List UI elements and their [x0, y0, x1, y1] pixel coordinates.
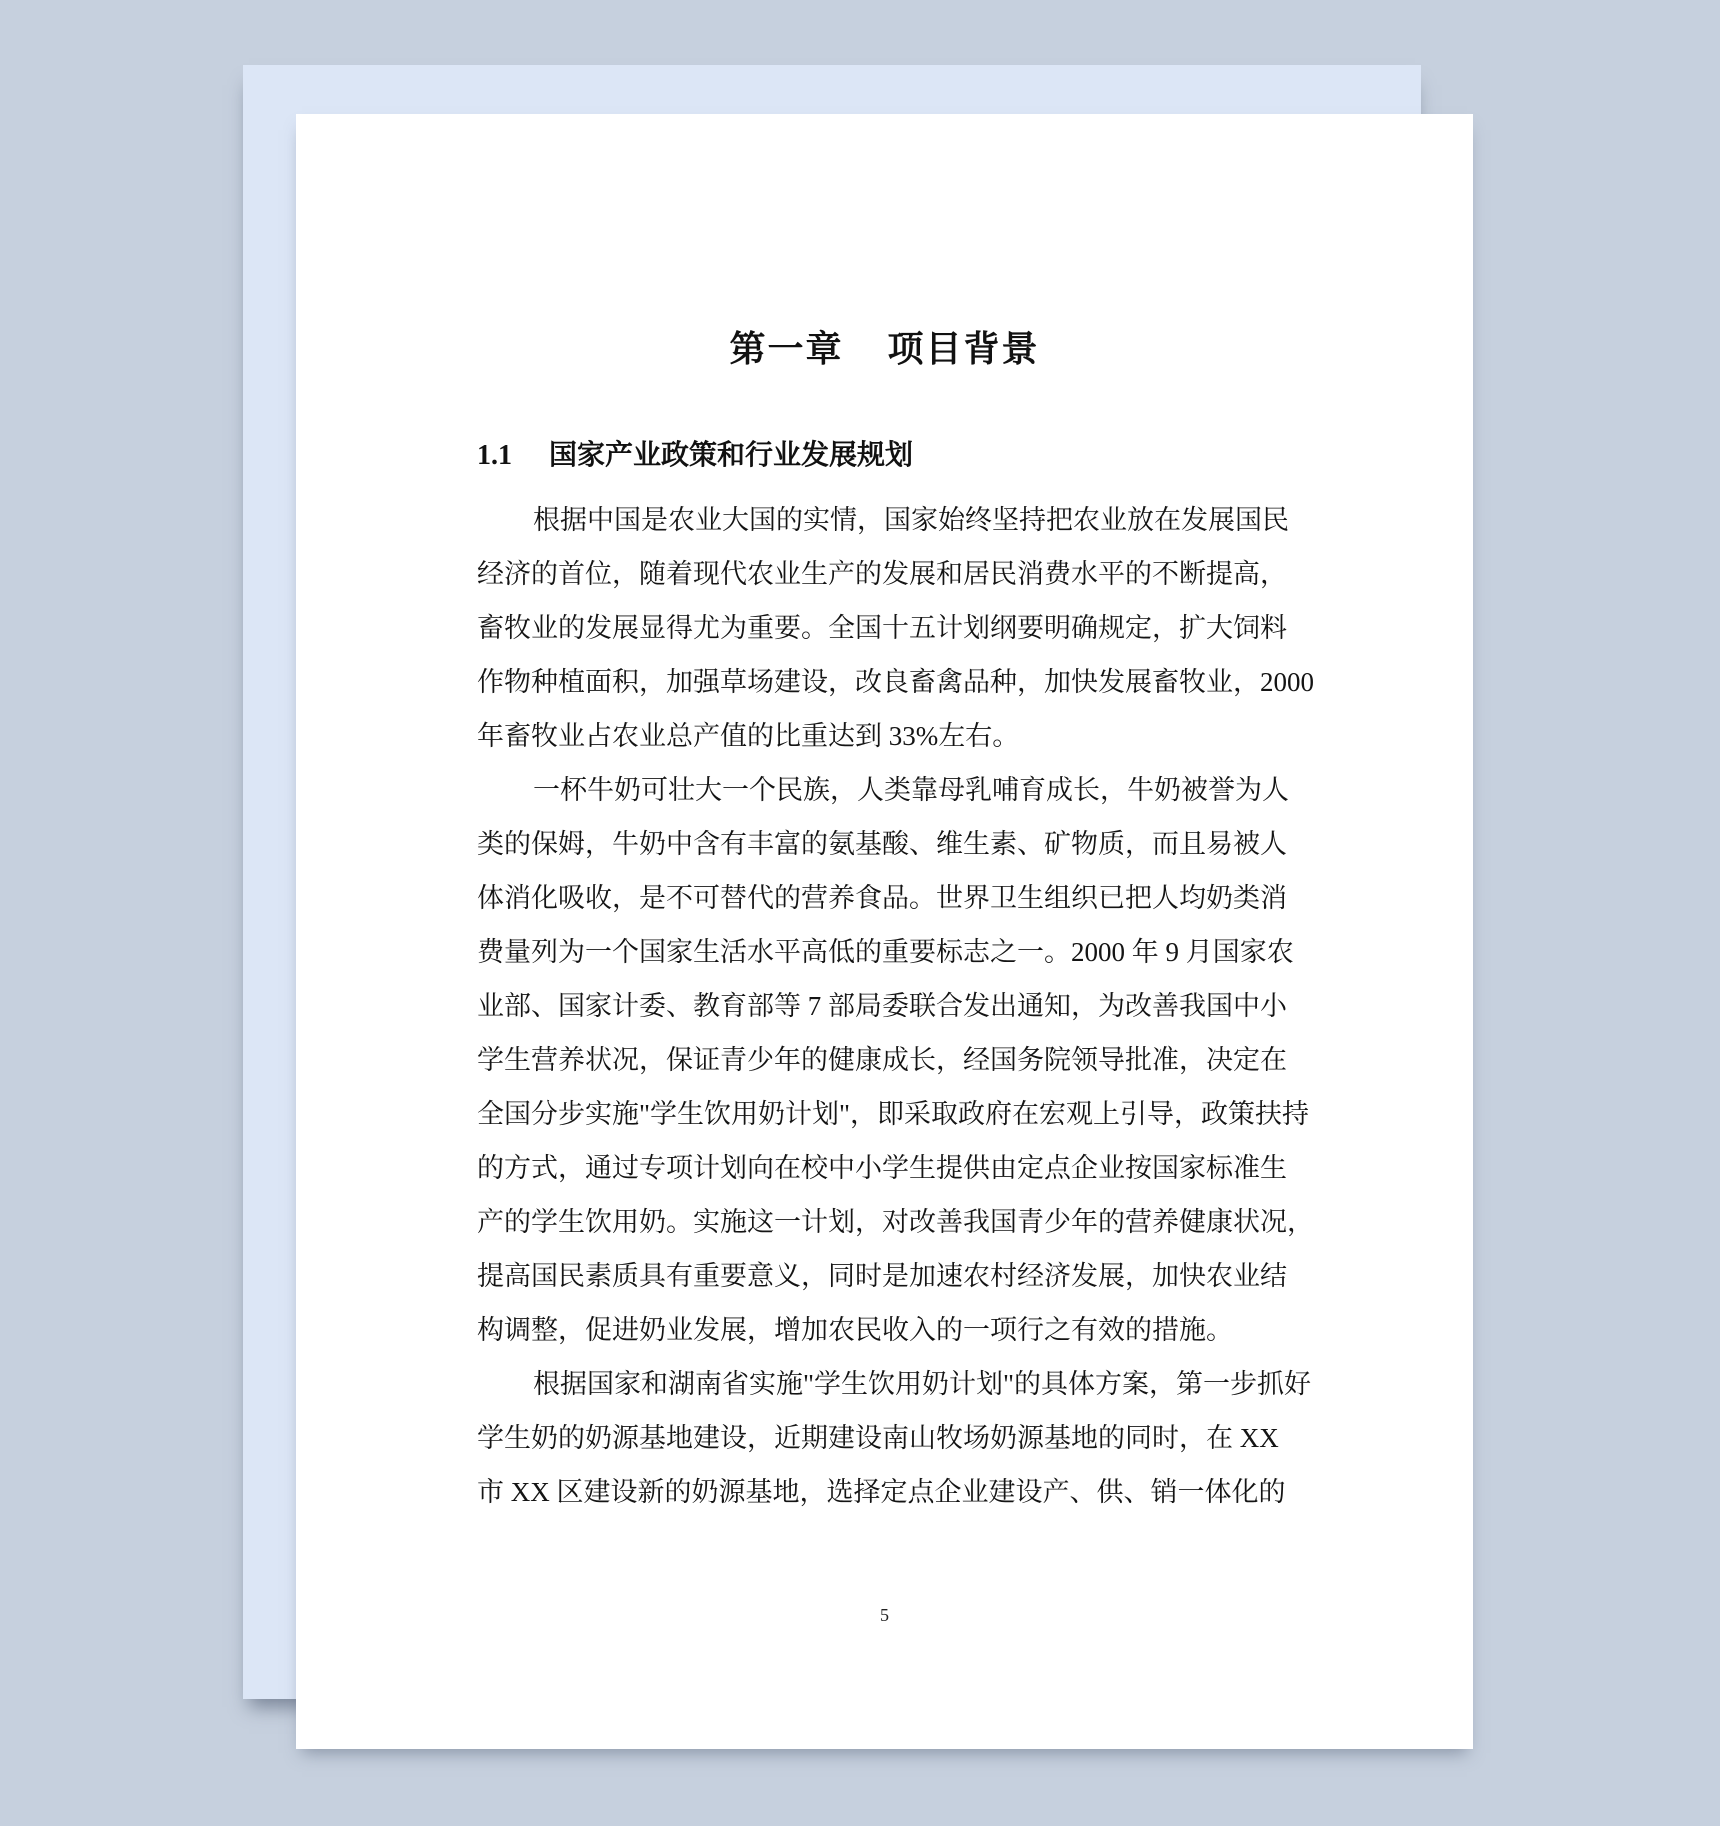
section-title: 国家产业政策和行业发展规划: [549, 440, 913, 471]
section-number: 1.1: [477, 439, 512, 473]
body-line: 提高国民素质具有重要意义，同时是加速农村经济发展，加快农业结: [477, 1249, 1293, 1303]
body-line: 根据国家和湖南省实施"学生饮用奶计划"的具体方案，第一步抓好: [477, 1357, 1293, 1411]
body-line: 类的保姆，牛奶中含有丰富的氨基酸、维生素、矿物质，而且易被人: [477, 817, 1293, 871]
body-line: 体消化吸收，是不可替代的营养食品。世界卫生组织已把人均奶类消: [477, 871, 1293, 925]
body-text: 根据中国是农业大国的实情，国家始终坚持把农业放在发展国民 经济的首位，随着现代农…: [477, 493, 1293, 1519]
body-line: 根据中国是农业大国的实情，国家始终坚持把农业放在发展国民: [477, 493, 1293, 547]
chapter-name: 项目背景: [888, 329, 1040, 369]
body-line: 经济的首位，随着现代农业生产的发展和居民消费水平的不断提高，: [477, 547, 1293, 601]
body-line: 的方式，通过专项计划向在校中小学生提供由定点企业按国家标准生: [477, 1141, 1293, 1195]
body-line: 产的学生饮用奶。实施这一计划，对改善我国青少年的营养健康状况，: [477, 1195, 1293, 1249]
body-line: 作物种植面积，加强草场建设，改良畜禽品种，加快发展畜牧业，2000: [477, 655, 1293, 709]
body-line: 构调整，促进奶业发展，增加农民收入的一项行之有效的措施。: [477, 1303, 1293, 1357]
document-page: 第一章 项目背景 1.1国家产业政策和行业发展规划 根据中国是农业大国的实情，国…: [296, 114, 1473, 1749]
body-line: 学生营养状况，保证青少年的健康成长，经国务院领导批准，决定在: [477, 1033, 1293, 1087]
body-line: 业部、国家计委、教育部等 7 部局委联合发出通知，为改善我国中小: [477, 979, 1293, 1033]
body-line: 畜牧业的发展显得尤为重要。全国十五计划纲要明确规定，扩大饲料: [477, 601, 1293, 655]
chapter-title: 第一章 项目背景: [296, 329, 1473, 369]
body-line: 学生奶的奶源基地建设，近期建设南山牧场奶源基地的同时，在 XX: [477, 1411, 1293, 1465]
chapter-number: 第一章: [729, 329, 843, 369]
body-line: 全国分步实施"学生饮用奶计划"，即采取政府在宏观上引导，政策扶持: [477, 1087, 1293, 1141]
desk-background: 第一章 项目背景 1.1国家产业政策和行业发展规划 根据中国是农业大国的实情，国…: [0, 0, 1720, 1826]
body-line: 费量列为一个国家生活水平高低的重要标志之一。2000 年 9 月国家农: [477, 925, 1293, 979]
body-line: 一杯牛奶可壮大一个民族，人类靠母乳哺育成长，牛奶被誉为人: [477, 763, 1293, 817]
body-line: 年畜牧业占农业总产值的比重达到 33%左右。: [477, 709, 1293, 763]
section-heading: 1.1国家产业政策和行业发展规划: [477, 439, 913, 473]
body-line: 市 XX 区建设新的奶源基地，选择定点企业建设产、供、销一体化的: [477, 1465, 1293, 1519]
page-number: 5: [296, 1604, 1473, 1626]
